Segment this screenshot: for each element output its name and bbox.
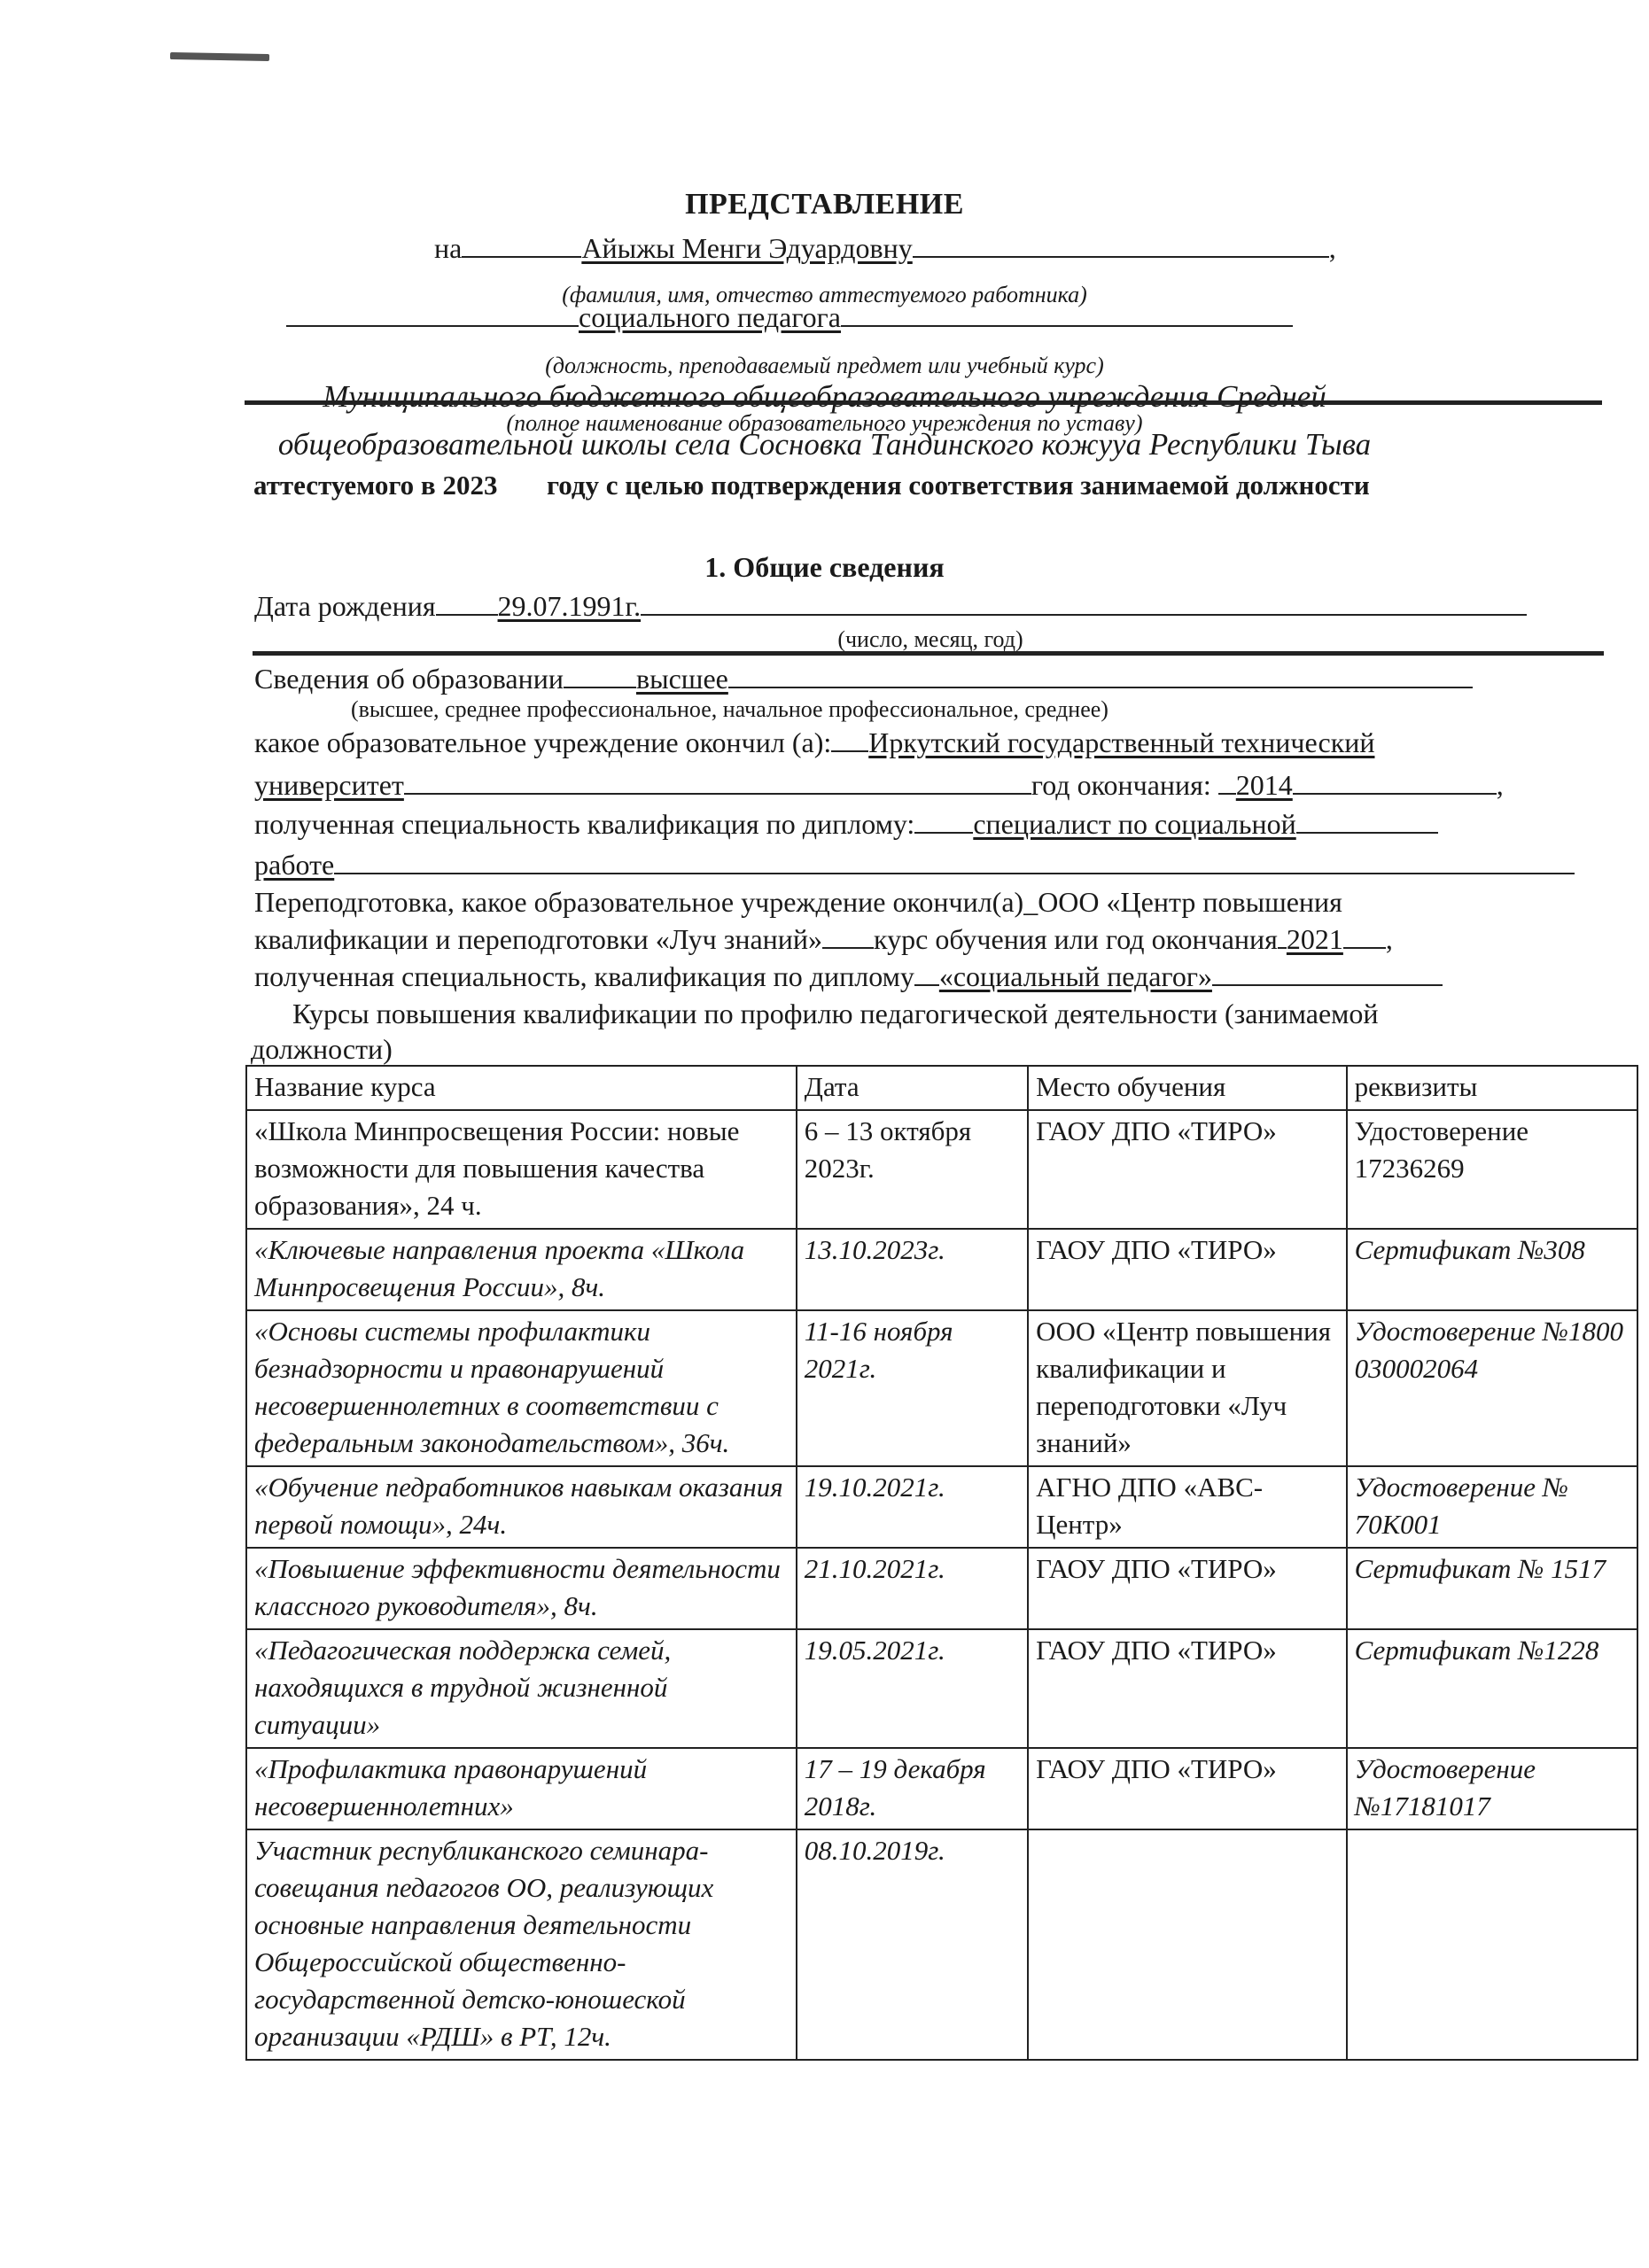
course-details: Сертификат №1228 [1347,1629,1637,1748]
specialty-line: полученная специальность квалификация по… [254,808,1438,841]
institution-name-2: университет [254,769,404,801]
header-course-name: Название курса [246,1066,797,1110]
course-details: Удостоверение № 70К001 [1347,1466,1637,1548]
course-name: «Обучение педработников навыкам оказания… [246,1466,797,1548]
table-header-row: Название курса Дата Место обучения рекви… [246,1066,1637,1110]
organization-caption: (полное наименование образовательного уч… [0,410,1649,437]
course-details: Сертификат № 1517 [1347,1548,1637,1629]
employee-name: Айыжы Менги Эдуардовну [581,232,912,264]
table-row: «Школа Минпросвещения России: новые возм… [246,1110,1637,1229]
table-row: «Педагогическая поддержка семей, находящ… [246,1629,1637,1748]
birth-date-line: Дата рождения29.07.1991г. [254,590,1527,623]
education-line: Сведения об образованиивысшее [254,663,1473,695]
education-caption: (высшее, среднее профессиональное, начал… [351,696,1108,723]
header-date: Дата [797,1066,1028,1110]
document-title: ПРЕДСТАВЛЕНИЕ [0,188,1649,221]
course-place: АГНО ДПО «АВС-Центр» [1028,1466,1347,1548]
institution-line: какое образовательное учреждение окончил… [254,726,1374,759]
course-date: 19.10.2021г. [797,1466,1028,1548]
header-place: Место обучения [1028,1066,1347,1110]
table-row: «Обучение педработников навыкам оказания… [246,1466,1637,1548]
retraining-line-1: Переподготовка, какое образовательное уч… [254,886,1342,919]
education-level: высшее [636,663,728,695]
course-name: «Повышение эффективности деятельности кл… [246,1548,797,1629]
courses-table: Название курса Дата Место обучения рекви… [245,1065,1638,2061]
institution-line-2: университетгод окончания: 2014, [254,769,1504,802]
course-place: ГАОУ ДПО «ТИРО» [1028,1748,1347,1829]
course-details: Сертификат №308 [1347,1229,1637,1310]
course-date: 21.10.2021г. [797,1548,1028,1629]
course-date: 17 – 19 декабря 2018г. [797,1748,1028,1829]
specialty-value-2: работе [254,849,334,881]
course-place [1028,1829,1347,2060]
course-name: «Педагогическая поддержка семей, находящ… [246,1629,797,1748]
position-caption: (должность, преподаваемый предмет или уч… [0,353,1649,379]
retraining-specialty: «социальный педагог» [939,960,1212,992]
header-details: реквизиты [1347,1066,1637,1110]
course-place: ГАОУ ДПО «ТИРО» [1028,1110,1347,1229]
attestation-year: 2023 [442,470,497,501]
course-name: «Школа Минпросвещения России: новые возм… [246,1110,797,1229]
na-label: на [434,232,462,264]
course-name: «Профилактика правонарушений несовершенн… [246,1748,797,1829]
birth-date: 29.07.1991г. [498,590,642,622]
courses-intro-2: должности) [251,1033,393,1066]
table-row: Участник республиканского семинара-совещ… [246,1829,1637,2060]
organization-bottom-line [245,400,1602,405]
table-row: «Повышение эффективности деятельности кл… [246,1548,1637,1629]
course-date: 08.10.2019г. [797,1829,1028,2060]
birth-date-caption: (число, месяц, год) [0,626,1649,653]
table-row: «Основы системы профилактики безнадзорно… [246,1310,1637,1466]
course-name: Участник республиканского семинара-совещ… [246,1829,797,2060]
scan-artifact-mark [170,52,269,61]
course-place: ГАОУ ДПО «ТИРО» [1028,1548,1347,1629]
course-date: 13.10.2023г. [797,1229,1028,1310]
attestation-line: аттестуемого в 2023 году с целью подтвер… [253,470,1370,501]
course-details: Удостоверение №1800030002064 [1347,1310,1637,1466]
table-row: «Ключевые направления проекта «Школа Мин… [246,1229,1637,1310]
section-1-title: 1. Общие сведения [0,551,1649,584]
course-place: ГАОУ ДПО «ТИРО» [1028,1629,1347,1748]
specialty-line-2: работе [254,849,1575,882]
organization-line-1: Муниципального бюджетного общеобразовате… [0,379,1649,415]
specialty-value-1: специалист по социальной [973,808,1295,840]
courses-intro-1: Курсы повышения квалификации по профилю … [292,998,1379,1030]
birth-section-rule [253,651,1604,656]
retraining-line-2: квалификации и переподготовки «Луч знани… [254,923,1393,956]
course-date: 6 – 13 октября 2023г. [797,1110,1028,1229]
position-line: социального педагога [286,301,1293,334]
course-name: «Основы системы профилактики безнадзорно… [246,1310,797,1466]
course-date: 19.05.2021г. [797,1629,1028,1748]
course-details: Удостоверение 17236269 [1347,1110,1637,1229]
retraining-year: 2021 [1287,923,1343,955]
employee-name-line: наАйыжы Менги Эдуардовну, [434,232,1336,265]
position: социального педагога [579,301,841,333]
course-date: 11-16 ноября 2021г. [797,1310,1028,1466]
institution-name-1: Иркутский государственный технический [868,726,1374,758]
table-row: «Профилактика правонарушений несовершенн… [246,1748,1637,1829]
retraining-specialty-line: полученная специальность, квалификация п… [254,960,1443,993]
course-name: «Ключевые направления проекта «Школа Мин… [246,1229,797,1310]
course-details [1347,1829,1637,2060]
graduation-year: 2014 [1236,769,1293,801]
course-place: ООО «Центр повышения квалификации и пере… [1028,1310,1347,1466]
course-place: ГАОУ ДПО «ТИРО» [1028,1229,1347,1310]
course-details: Удостоверение №17181017 [1347,1748,1637,1829]
